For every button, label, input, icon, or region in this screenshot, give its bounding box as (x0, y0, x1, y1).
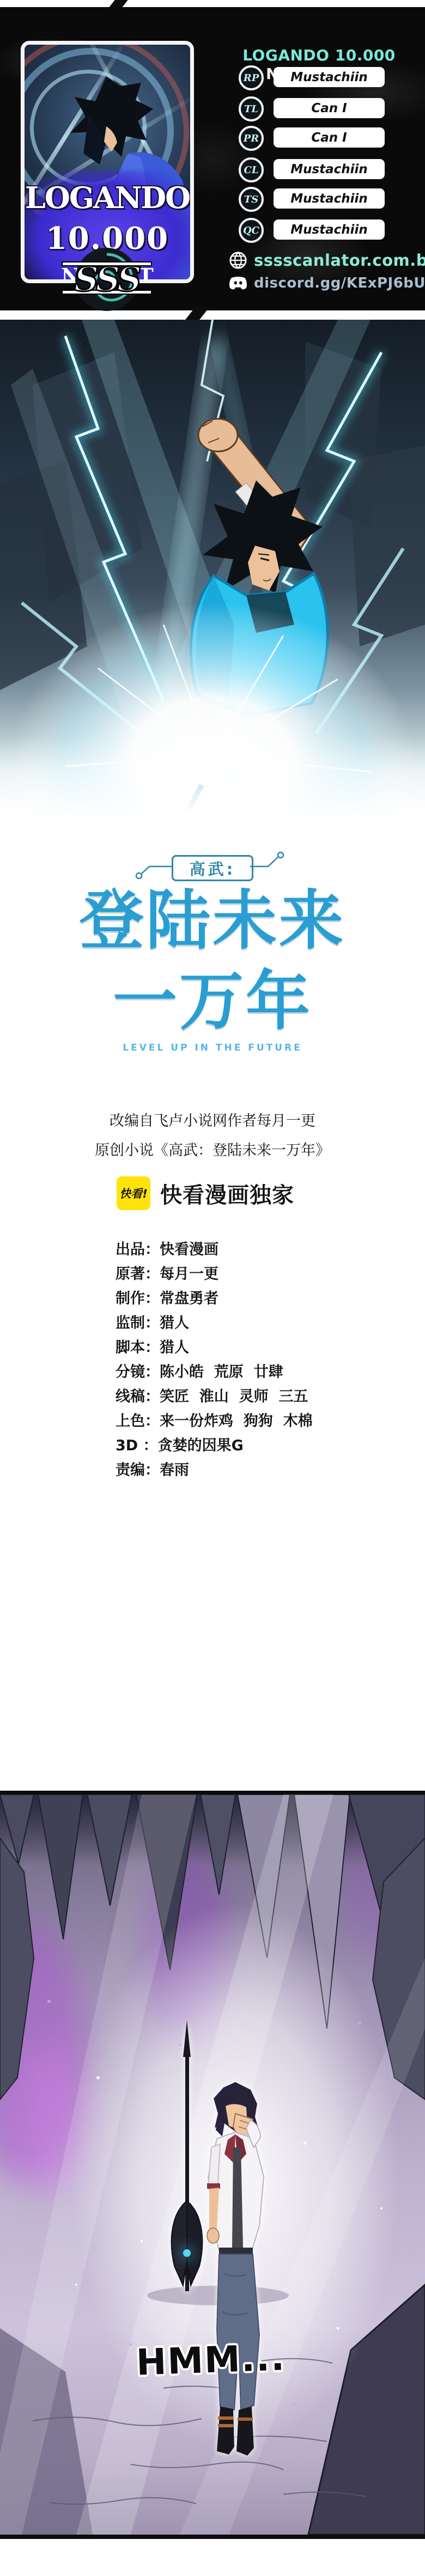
credit-name-pill: Mustachiin (274, 159, 385, 179)
original-novel-note: 原创小说《高武：登陆未来一万年》 (0, 1138, 425, 1159)
staff-label: 出品： (116, 1241, 160, 1258)
staff-label: 监制： (116, 1315, 160, 1332)
series-subtitle-en: LEVEL UP IN THE FUTURE (0, 1042, 425, 1053)
staff-value: 笑匠 淮山 灵师 三五 (160, 1388, 308, 1405)
globe-icon (229, 251, 247, 270)
staff-value: 陈小皓 荒原 廿肆 (160, 1364, 283, 1381)
credit-name: Mustachiin (290, 223, 368, 237)
webtoon-page: LOGANDO 10.000 NO FUT SSS LOGANDO 10.000… (0, 0, 425, 2576)
role-label: TS (244, 194, 258, 205)
staff-row: 责编：春雨 (116, 1458, 421, 1482)
role-label: CL (244, 164, 259, 176)
staff-label: 3D ： (116, 1437, 158, 1454)
staff-row: 3D ：贪婪的因果G (116, 1433, 421, 1458)
staff-label: 脚本： (116, 1339, 160, 1356)
platform-row: 快看! 快看漫画独家 (117, 1176, 294, 1210)
series-title-cn-line1: 登陆未来 (0, 880, 425, 961)
discord-url: discord.gg/KExPJ6bU4a (254, 275, 425, 291)
series-title-cn-line2: 一万年 (0, 961, 425, 1041)
staff-row: 监制：猎人 (116, 1311, 421, 1335)
role-badge: QC (239, 218, 264, 243)
adaptation-note: 改编自飞卢小说网作者每月一更 (0, 1109, 425, 1130)
credit-row: QC Mustachiin (239, 218, 418, 243)
staff-label: 制作： (116, 1290, 160, 1307)
credit-name-pill: Mustachiin (274, 219, 385, 240)
staff-value: 每月一更 (160, 1266, 218, 1283)
credit-name: Can I (311, 101, 347, 115)
staff-value: 常盘勇者 (160, 1290, 218, 1307)
scan-group-logo: SSS (61, 238, 153, 318)
credit-name: Mustachiin (290, 162, 368, 176)
role-label: RP (244, 72, 259, 84)
role-badge: CL (239, 157, 264, 182)
staff-label: 上色： (116, 1413, 160, 1430)
role-label: PR (244, 133, 259, 144)
staff-row: 出品：快看漫画 (116, 1237, 421, 1262)
speech-text: HMM... (136, 2336, 286, 2384)
staff-label: 分镜： (116, 1364, 160, 1381)
comic-panel-action (0, 320, 425, 834)
website-url: sssscanlator.com.br (254, 251, 425, 270)
discord-icon (228, 275, 248, 291)
role-label: TL (244, 103, 258, 115)
staff-value: 贪婪的因果G (158, 1437, 244, 1454)
staff-credit-list: 出品：快看漫画 原著：每月一更 制作：常盘勇者 监制：猎人 脚本：猎人 分镜：陈… (116, 1237, 421, 1482)
credit-name-pill: Can I (274, 98, 385, 118)
staff-value: 猎人 (160, 1339, 189, 1356)
discord-row: discord.gg/KExPJ6bU4a (228, 275, 425, 291)
staff-row: 脚本：猎人 (116, 1335, 421, 1360)
panel1-artwork (0, 320, 425, 834)
staff-row: 分镜：陈小皓 荒原 廿肆 (116, 1360, 421, 1384)
credit-row: PR Can I (239, 126, 418, 151)
staff-row: 制作：常盘勇者 (116, 1286, 421, 1311)
staff-row: 原著：每月一更 (116, 1262, 421, 1286)
credit-name-pill: Mustachiin (274, 67, 385, 87)
role-label: QC (243, 225, 259, 236)
staff-value: 来一份炸鸡 狗狗 木棉 (160, 1413, 313, 1430)
staff-label: 原著： (116, 1266, 160, 1283)
staff-value: 春雨 (160, 1462, 189, 1479)
website-row: sssscanlator.com.br (229, 251, 425, 270)
group-logo-letters: SSS (74, 259, 141, 299)
staff-label: 责编： (116, 1462, 160, 1479)
credit-row: TL Can I (239, 96, 418, 121)
kuaikan-logo: 快看! (117, 1176, 150, 1210)
panel2-artwork (0, 1794, 425, 2535)
role-badge: PR (239, 126, 264, 151)
credit-name-pill: Can I (274, 127, 385, 148)
credit-row: CL Mustachiin (239, 157, 418, 182)
staff-value: 猎人 (160, 1315, 189, 1332)
platform-exclusive-text: 快看漫画独家 (160, 1178, 294, 1209)
staff-row: 上色：来一份炸鸡 狗狗 木棉 (116, 1409, 421, 1433)
credit-name: Mustachiin (290, 70, 368, 84)
credit-row: TS Mustachiin (239, 187, 418, 212)
role-badge: RP (239, 65, 264, 90)
series-genre-badge: 高武: (172, 855, 253, 881)
scanlation-header: LOGANDO 10.000 NO FUT SSS LOGANDO 10.000… (0, 7, 425, 310)
credit-row: RP Mustachiin (239, 65, 418, 90)
staff-value: 快看漫画 (160, 1241, 218, 1258)
role-badge: TS (239, 187, 264, 212)
credit-name: Can I (311, 131, 347, 145)
staff-label: 线稿： (116, 1388, 160, 1405)
cover-logo-word: LOGANDO (25, 180, 190, 215)
role-badge: TL (239, 96, 264, 121)
credit-name-pill: Mustachiin (274, 188, 385, 209)
credit-name: Mustachiin (290, 192, 368, 206)
comic-panel-cave: HMM... (0, 1791, 425, 2539)
staff-row: 线稿：笑匠 淮山 灵师 三五 (116, 1384, 421, 1409)
